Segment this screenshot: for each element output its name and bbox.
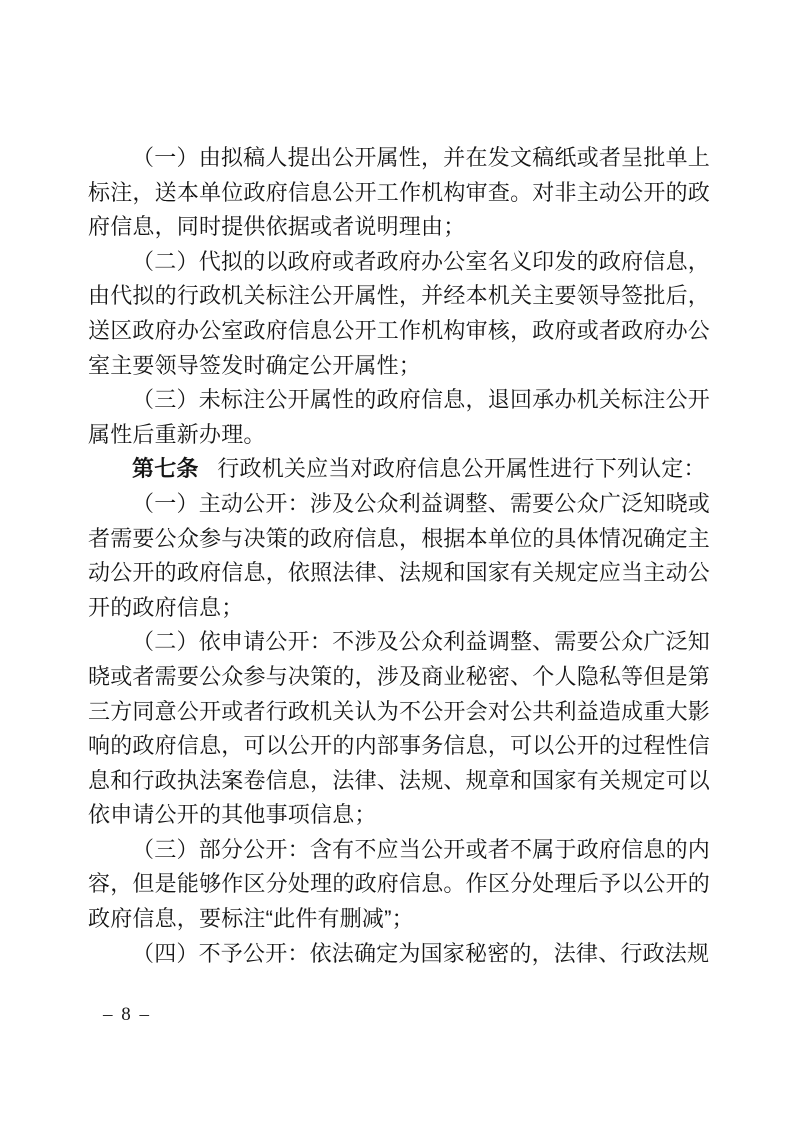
- paragraph-text: （四）不予公开：依法确定为国家秘密的，法律、行政法规: [132, 941, 709, 966]
- paragraph: （四）不予公开：依法确定为国家秘密的，法律、行政法规: [88, 937, 710, 972]
- paragraph-text: 行政机关应当对政府信息公开属性进行下列认定：: [217, 456, 705, 481]
- paragraph: （三）部分公开：含有不应当公开或者不属于政府信息的内容，但是能够作区分处理的政府…: [88, 833, 710, 937]
- document-page: （一）由拟稿人提出公开属性，并在发文稿纸或者呈批单上标注，送本单位政府信息公开工…: [0, 0, 793, 1122]
- paragraph: （三）未标注公开属性的政府信息，退回承办机关标注公开属性后重新办理。: [88, 383, 710, 452]
- document-body: （一）由拟稿人提出公开属性，并在发文稿纸或者呈批单上标注，送本单位政府信息公开工…: [88, 141, 710, 971]
- article-number: 第七条: [132, 456, 199, 481]
- paragraph: （一）由拟稿人提出公开属性，并在发文稿纸或者呈批单上标注，送本单位政府信息公开工…: [88, 141, 710, 245]
- paragraph-text: （二）依申请公开：不涉及公众利益调整、需要公众广泛知晓或者需要公众参与决策的，涉…: [88, 629, 710, 827]
- paragraph: （二）依申请公开：不涉及公众利益调整、需要公众广泛知晓或者需要公众参与决策的，涉…: [88, 625, 710, 833]
- paragraph-text: （一）由拟稿人提出公开属性，并在发文稿纸或者呈批单上标注，送本单位政府信息公开工…: [88, 145, 710, 239]
- paragraph-text: （三）未标注公开属性的政府信息，退回承办机关标注公开属性后重新办理。: [88, 387, 710, 447]
- paragraph-text: （三）部分公开：含有不应当公开或者不属于政府信息的内容，但是能够作区分处理的政府…: [88, 837, 710, 931]
- page-number: – 8 –: [103, 1004, 151, 1026]
- paragraph: （二）代拟的以政府或者政府办公室名义印发的政府信息，由代拟的行政机关标注公开属性…: [88, 245, 710, 383]
- paragraph-article-7: 第七条行政机关应当对政府信息公开属性进行下列认定：: [88, 452, 710, 487]
- paragraph-text: （二）代拟的以政府或者政府办公室名义印发的政府信息，由代拟的行政机关标注公开属性…: [88, 249, 710, 378]
- paragraph: （一）主动公开：涉及公众利益调整、需要公众广泛知晓或者需要公众参与决策的政府信息…: [88, 487, 710, 625]
- paragraph-text: （一）主动公开：涉及公众利益调整、需要公众广泛知晓或者需要公众参与决策的政府信息…: [88, 491, 710, 620]
